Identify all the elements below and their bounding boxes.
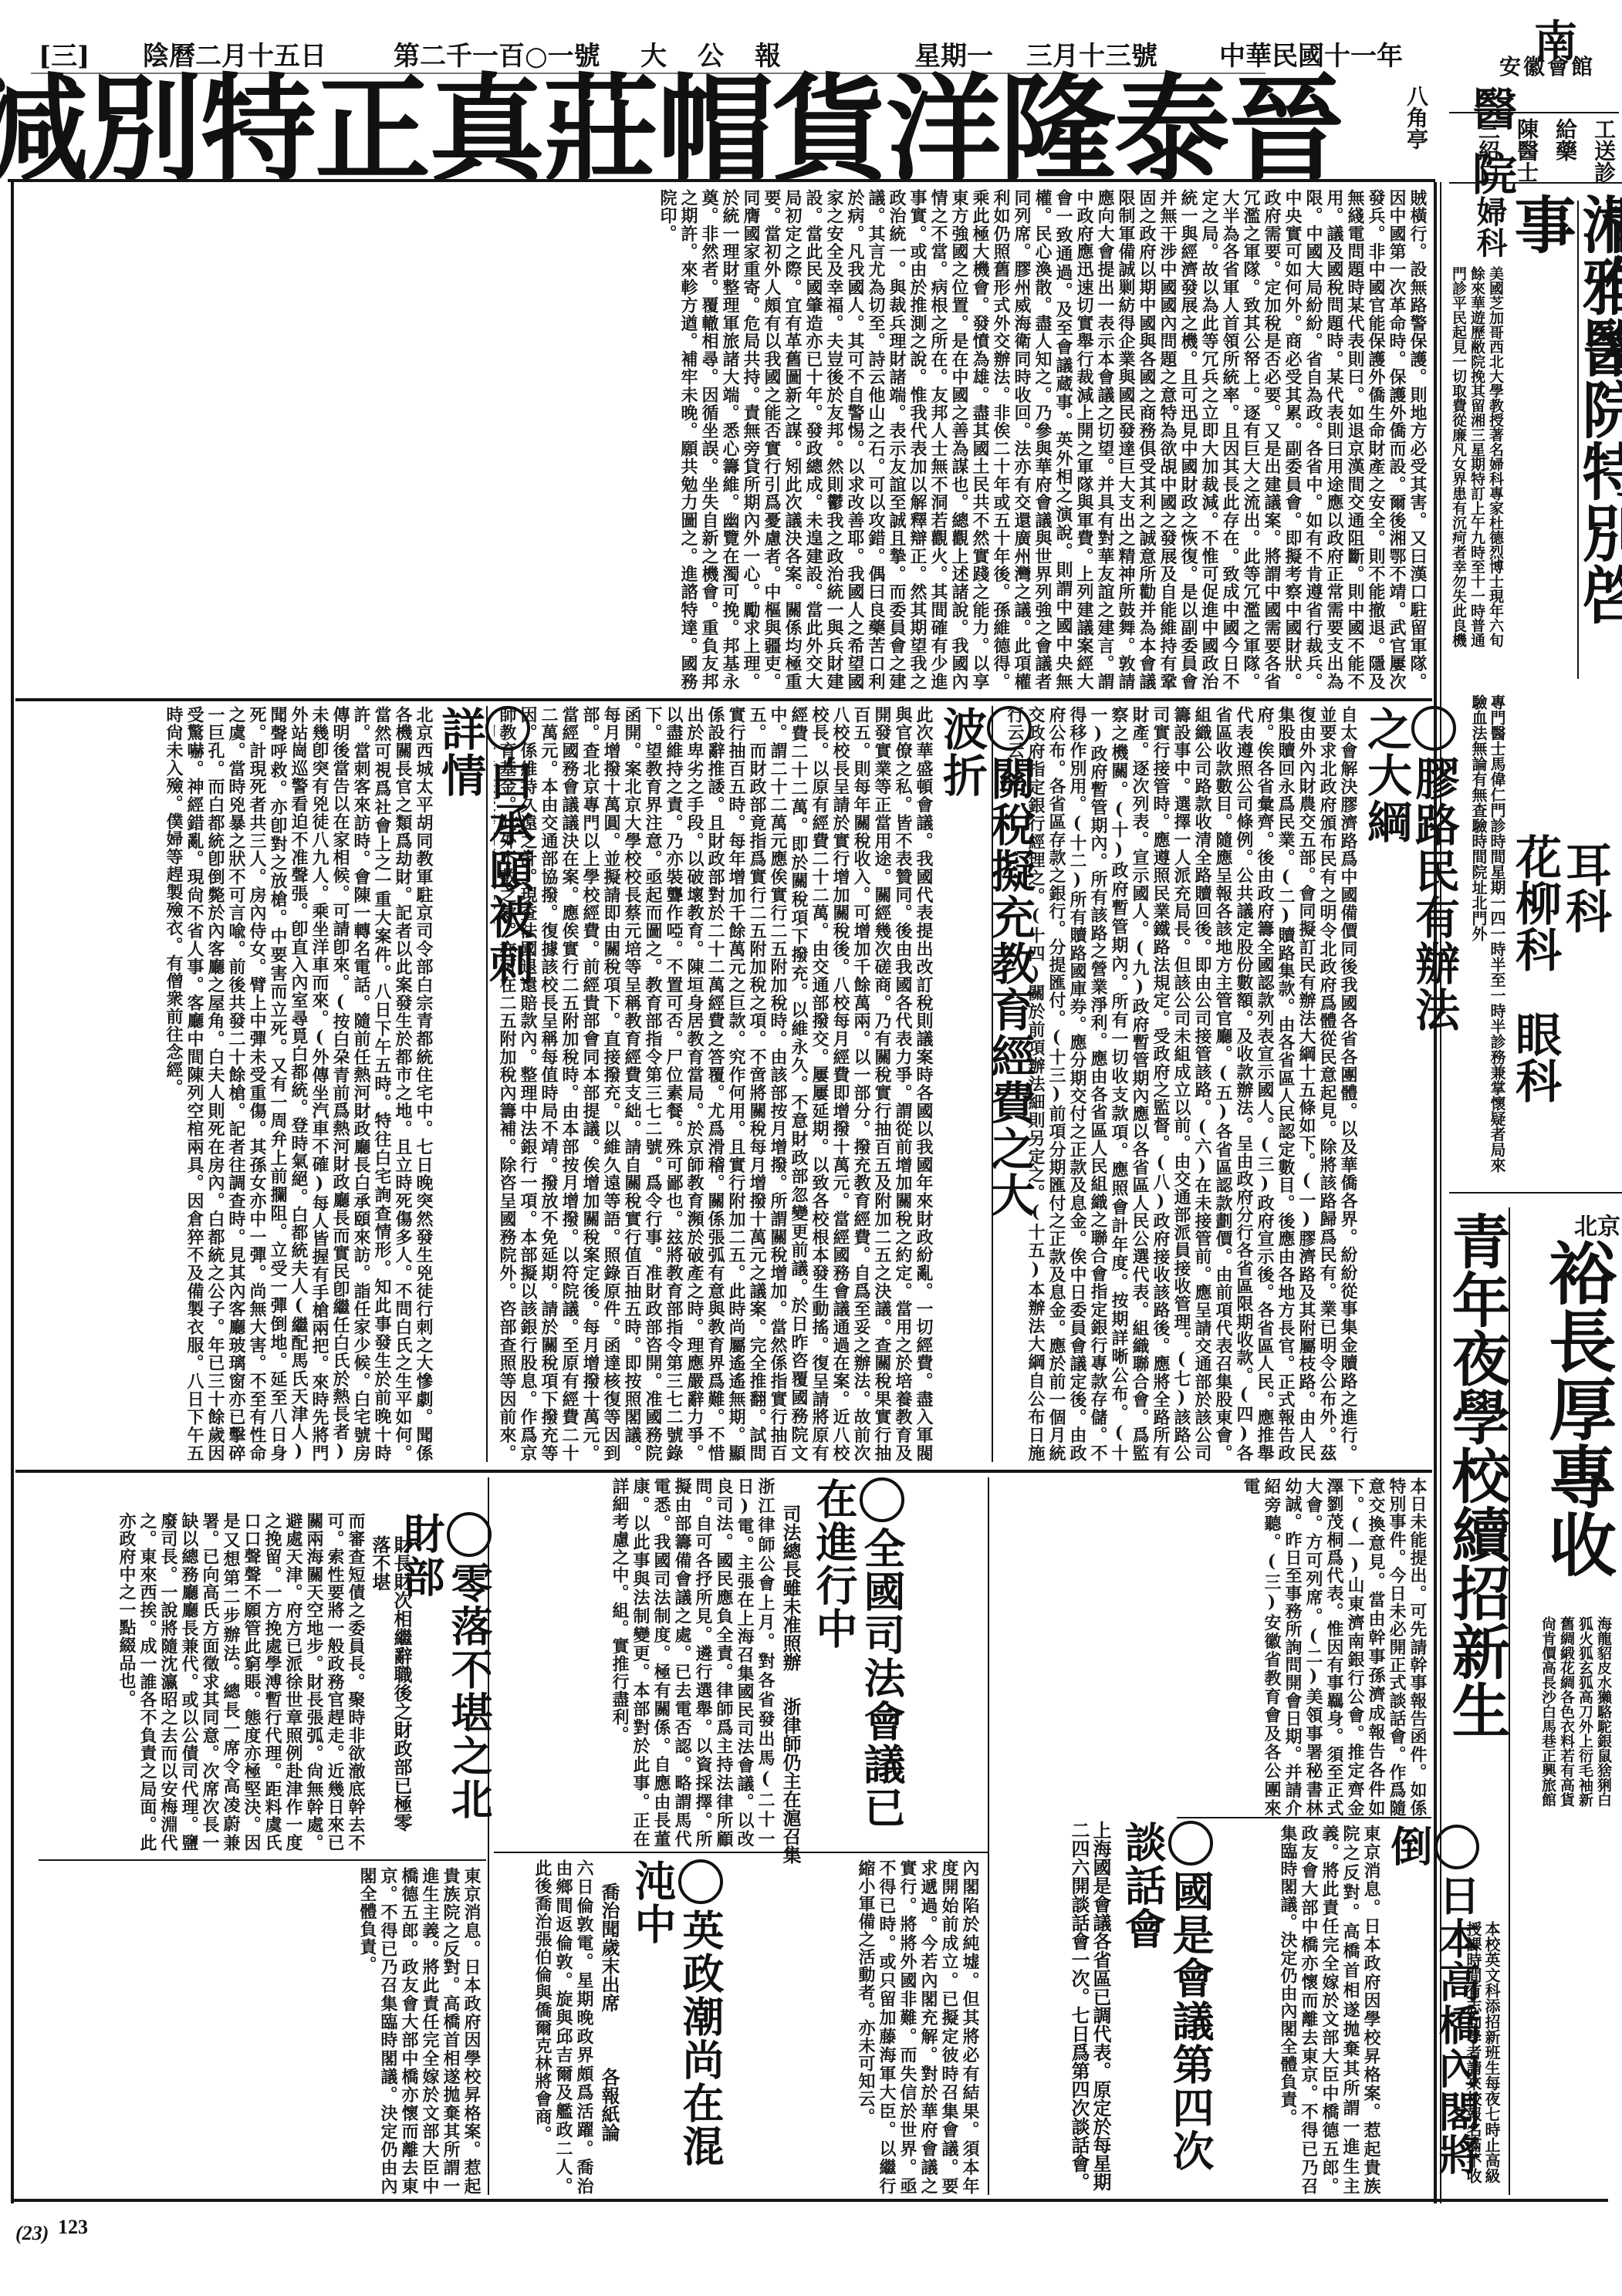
japan-subhead: 東京消息。日本政府因學校昇格案。惹起貴族院之反對。高橋首相遂拋棄其所謂一進生主義… [1181,1825,1381,2195]
left-border [11,182,14,2203]
banner-char: 莊 [543,72,657,187]
section1-bottom-rule [15,698,1432,701]
yuchang-place: 北京 [1574,1207,1620,1241]
yuchang-fur-ad: 北京 裕長厚專收 海龍貂皮水獺駱駝銀鼠猞猁白狐火狐玄狐高刀外上衍毛袖新舊綢緞花綢… [1497,1200,1620,2195]
finance-subhead: 財長財次相繼辭職後之財政部已極零落不堪 [369,1535,412,1844]
lead-article-body: 賊橫行。設無路警保護。則地方必受其害。又曰漢口駐留軍隊。因中國第一次革命時。保護… [19,189,1428,690]
guoshi-subhead: 上海國是會議各省區已調代表。原定於每星期二四六開談話會一次。七日爲第四次談話會。 [995,1821,1111,2191]
jiaoji-body: 自太會解決膠濟路爲中國備價同後我國各省各團體。以及華僑各界。紛紛從事集金贖路之進… [995,706,1358,1462]
top-right-hospital-ad: 南 安徽會館 醫院 工送診 給藥 陳醫士 三紹白 [1441,8,1622,185]
banner-char: 泰 [1114,72,1228,187]
banner-char: 貨 [772,72,886,187]
bai-headline: 白承頤被刺詳情 [436,706,532,999]
banner-char: 減 [0,72,86,187]
right-ad-divider [1449,1192,1622,1194]
ent-title-2: 花柳科 [1510,833,1559,972]
finance-continued: 東京消息。日本政府因學校昇格案。惹起貴族院之反對。高橋首相遂拋棄其所謂一進生主義… [19,1867,482,2195]
column-divider [988,1477,989,2195]
headline-circle-icon [678,1859,723,1904]
ad-column: 工送診 [1588,118,1619,183]
banner-char: 帽 [657,72,772,187]
headline-circle-icon [987,706,1032,751]
page-number: 123 [58,2216,88,2239]
yuchang-body: 海龍貂皮水獺駱駝銀鼠猞猁白狐火狐玄狐高刀外上衍毛袖新舊綢緞花綢各色衣料若有高貨尙… [1536,1616,1613,1817]
page-paren-number: (23) [15,2222,49,2245]
ent-title-big: 眼科 [1510,1011,1559,1103]
yuchang-title: 裕長厚專收 [1539,1238,1617,1578]
headline-circle-icon [860,1477,904,1522]
ent-clinic-ad: 耳科 花柳科 眼科 專門醫士馬偉仁門診時間星期一四一時半至一時半診務兼掌懷疑者局… [1445,671,1622,1188]
ad-rule [1449,112,1619,113]
section2-bottom-rule [15,1470,1432,1473]
xiangya-tag: 婦科 [1468,196,1512,258]
jiaoji-headline: 膠路民有辦法之大綱 [1362,706,1458,1045]
page-bottom-rule [11,2199,1608,2202]
finance-body: 而審查短債之委員長。聚時非欲澈底幹去不可。索性要將一般政務官趕走。近幾日來已關兩… [19,1512,366,1852]
banner-char: 特 [201,72,315,187]
headline-circle-icon [1411,706,1456,751]
uk-headline: 英政潮尚在混沌中 [629,1859,725,2191]
banner-char: 隆 [1000,72,1114,187]
masthead-bottom-rule [8,179,1435,182]
bai-body: 北京西城太平胡同教軍駐京司令部白宗青都統住宅中。七日晚突然發生兇徒行刺之大慘劇。… [19,706,434,1462]
headline-circle-icon [485,706,530,751]
banner-char: 別 [86,72,201,187]
uk-subhead-2: 各報紙論 [598,2068,620,2142]
uk-body: 六日倫敦電。星期晚政界頗爲活躍。喬治由鄉間返倫敦。旋與邱吉爾及艦政二人。此後喬治… [494,1859,594,2195]
youth-school-title: 青年夜學校續招新生 [1445,1211,1508,1739]
ad-column: 給藥 [1549,118,1580,161]
column-rule [39,1859,486,1861]
judicial-body: 浙江律師公會上月。對各省發出馬(二十一日)電。主張在上海召集國民司法會議。以改良… [494,1477,776,1848]
right-edge-ad-partial: 青年會 [1591,193,1622,378]
banner-ad: 晉 泰 隆 洋 貨 帽 莊 真 正 特 別 減 價 [8,77,1343,181]
xiangya-body: 美國芝加哥西北大學教授著名婦科專家杜德烈博士現年六旬餘來華遊歷敝院挽其留湘三星期… [1446,266,1505,652]
xiangya-rule [1577,201,1579,679]
ent-body: 專門醫士馬偉仁門診時間星期一四一時半至一時半診務兼掌懷疑者局來驗血法無論有無查驗… [1452,694,1506,1180]
judicial-subhead-2: 浙律師仍主在滬召集 [779,1697,801,1864]
customs-headline: 關稅擬充教育經費之大波折 [938,706,1033,1246]
column-rule [494,1852,988,1853]
japan-headline: 日本高橋內閣將倒 [1385,1825,1481,2195]
ent-title-1: 耳科 [1560,841,1610,934]
right-ad-top-rule [1449,182,1622,184]
banner-char: 正 [315,72,429,187]
banner-char: 洋 [886,72,1000,187]
judicial-subhead-1: 司法總長雖未准照辦 [779,1504,801,1671]
banner-char: 晉 [1228,72,1343,187]
ad-column: 陳醫士 [1511,118,1542,183]
uk-subhead-1: 喬治聞歲末出席 [598,1882,620,2012]
judicial-headline: 全國司法會議已在進行中 [810,1477,906,1848]
banner-location-note: 八角亭 [1401,85,1431,150]
ad-column: 三紹白 [1472,118,1503,183]
column-rule [1177,1817,1431,1818]
headline-circle-icon [1434,1825,1479,1869]
headline-circle-icon [447,1512,492,1557]
guoshi-body-right: 本日未能提出。可先請幹事報告函件。如係特別事件。今日未必開正式談話會。作爲隨意交… [995,1477,1428,1817]
banner-char: 真 [429,72,543,187]
customs-subhead: 此次華盛頓會議。我國代表提出改訂稅則議案時各國以我國年來財政紛亂。一切經費。盡入… [494,706,934,1462]
